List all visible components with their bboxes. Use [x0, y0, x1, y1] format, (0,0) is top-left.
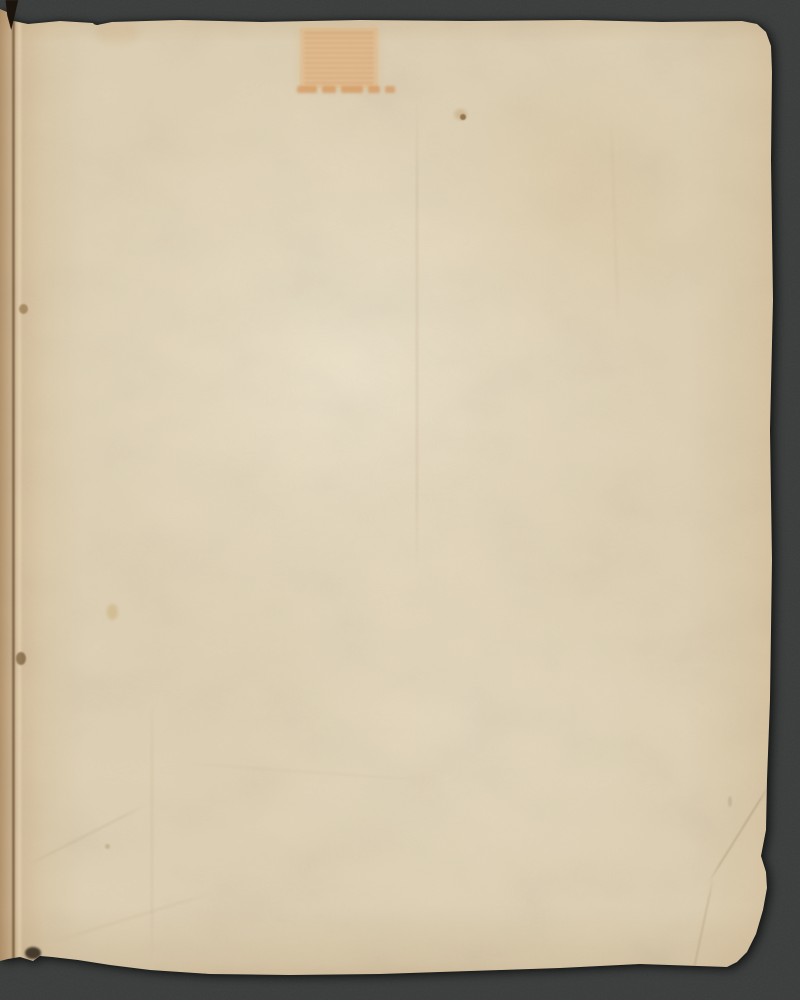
stain-spot [19, 304, 28, 314]
stamp-caption-illegible [297, 86, 395, 93]
paper-grain-texture [0, 0, 800, 1000]
stamp-bleedthrough-texture [304, 32, 374, 84]
stamp-caption-mark [385, 86, 395, 93]
stamp-caption-mark [322, 86, 336, 93]
stain-spot [454, 109, 467, 120]
faded-ink-stamp [300, 28, 378, 88]
crease-line [151, 701, 153, 963]
blank-manuscript-page [0, 0, 800, 1000]
stamp-caption-mark [368, 86, 380, 93]
stain-spot [25, 947, 41, 959]
stain-spot [94, 22, 140, 44]
stain-spot [105, 844, 110, 849]
stain-spot [16, 652, 26, 665]
stain-spot [728, 796, 732, 807]
stamp-caption-mark [297, 86, 317, 93]
scanned-page-view: { "document": { "kind": "scanned-book-pa… [0, 0, 800, 1000]
crease-line [416, 101, 418, 571]
stain-spot [93, 20, 101, 25]
page-shadow-wrapper [0, 0, 800, 1000]
stain-spot [107, 604, 118, 620]
gutter-highlight [16, 0, 23, 1000]
stamp-caption-mark [341, 86, 363, 93]
